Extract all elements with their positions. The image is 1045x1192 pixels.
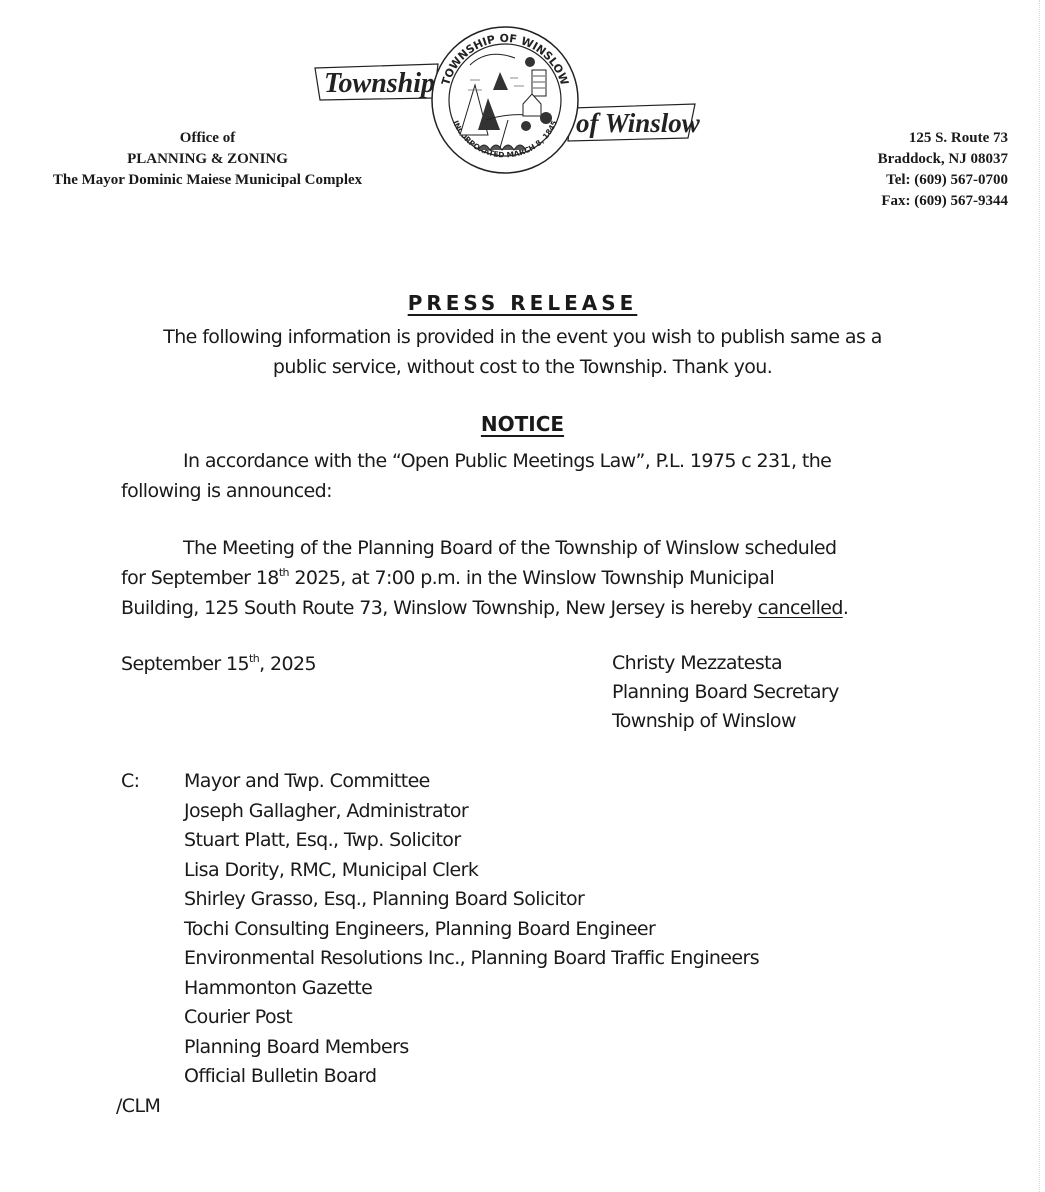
cc-recipient: Joseph Gallagher, Administrator (184, 797, 759, 827)
logo-word-left: Township (324, 68, 435, 99)
cc-recipient: Environmental Resolutions Inc., Planning… (184, 944, 759, 974)
township-seal-icon: Township of Winslow TOWNSHIP OF WINSLOW … (310, 20, 710, 180)
township-logo: Township of Winslow TOWNSHIP OF WINSLOW … (310, 20, 710, 180)
typist-initials: /CLM (116, 1091, 160, 1121)
cc-recipient: Lisa Dority, RMC, Municipal Clerk (184, 856, 759, 886)
address-tel: Tel: (609) 567-0700 (878, 170, 1008, 191)
address-block: 125 S. Route 73 Braddock, NJ 08037 Tel: … (878, 128, 1008, 212)
date-text: September 15 (121, 653, 249, 675)
signature-name: Christy Mezzatesta (612, 649, 839, 678)
cc-recipient: Stuart Platt, Esq., Twp. Solicitor (184, 826, 759, 856)
address-street: 125 S. Route 73 (878, 128, 1008, 149)
cc-recipient: Mayor and Twp. Committee (184, 767, 759, 797)
signature-org: Township of Winslow (612, 707, 839, 736)
cc-recipient-list: Mayor and Twp. Committee Joseph Gallaghe… (184, 767, 759, 1092)
cc-recipient: Tochi Consulting Engineers, Planning Boa… (184, 915, 759, 945)
press-release-title: PRESS RELEASE (0, 291, 1045, 315)
scan-edge-artifact (1039, 0, 1040, 1192)
cc-label: C: (121, 767, 139, 797)
date-ordinal-suffix: th (249, 652, 259, 665)
para2-line-2-text: for September 18 (121, 567, 279, 589)
release-date: September 15th, 2025 (121, 649, 316, 679)
notice-paragraph-2: The Meeting of the Planning Board of the… (121, 533, 921, 623)
para2-line-3-end: . (843, 597, 848, 619)
press-release-intro: The following information is provided in… (0, 322, 1045, 382)
cc-recipient: Planning Board Members (184, 1033, 759, 1063)
intro-line-2: public service, without cost to the Town… (0, 352, 1045, 382)
cancelled-word: cancelled (758, 597, 843, 619)
para1-line-1: In accordance with the “Open Public Meet… (183, 450, 831, 472)
logo-word-right: of Winslow (576, 108, 701, 138)
para2-line-1: The Meeting of the Planning Board of the… (183, 537, 836, 559)
para2-line-2-rest: 2025, at 7:00 p.m. in the Winslow Townsh… (289, 567, 774, 589)
address-fax: Fax: (609) 567-9344 (878, 191, 1008, 212)
intro-line-1: The following information is provided in… (0, 322, 1045, 352)
para2-line-3: Building, 125 South Route 73, Winslow To… (121, 593, 921, 623)
signature-block: Christy Mezzatesta Planning Board Secret… (612, 649, 839, 736)
date-year: , 2025 (259, 653, 316, 675)
cc-recipient: Hammonton Gazette (184, 974, 759, 1004)
address-city: Braddock, NJ 08037 (878, 149, 1008, 170)
notice-paragraph-1: In accordance with the “Open Public Meet… (121, 446, 921, 506)
cc-recipient: Shirley Grasso, Esq., Planning Board Sol… (184, 885, 759, 915)
para1-line-2: following is announced: (121, 476, 921, 506)
para2-line-3-text: Building, 125 South Route 73, Winslow To… (121, 597, 758, 619)
cc-recipient: Official Bulletin Board (184, 1062, 759, 1092)
ordinal-suffix: th (279, 566, 289, 579)
para2-line-2: for September 18th 2025, at 7:00 p.m. in… (121, 563, 921, 593)
signature-title: Planning Board Secretary (612, 678, 839, 707)
notice-title: NOTICE (0, 412, 1045, 436)
cc-recipient: Courier Post (184, 1003, 759, 1033)
